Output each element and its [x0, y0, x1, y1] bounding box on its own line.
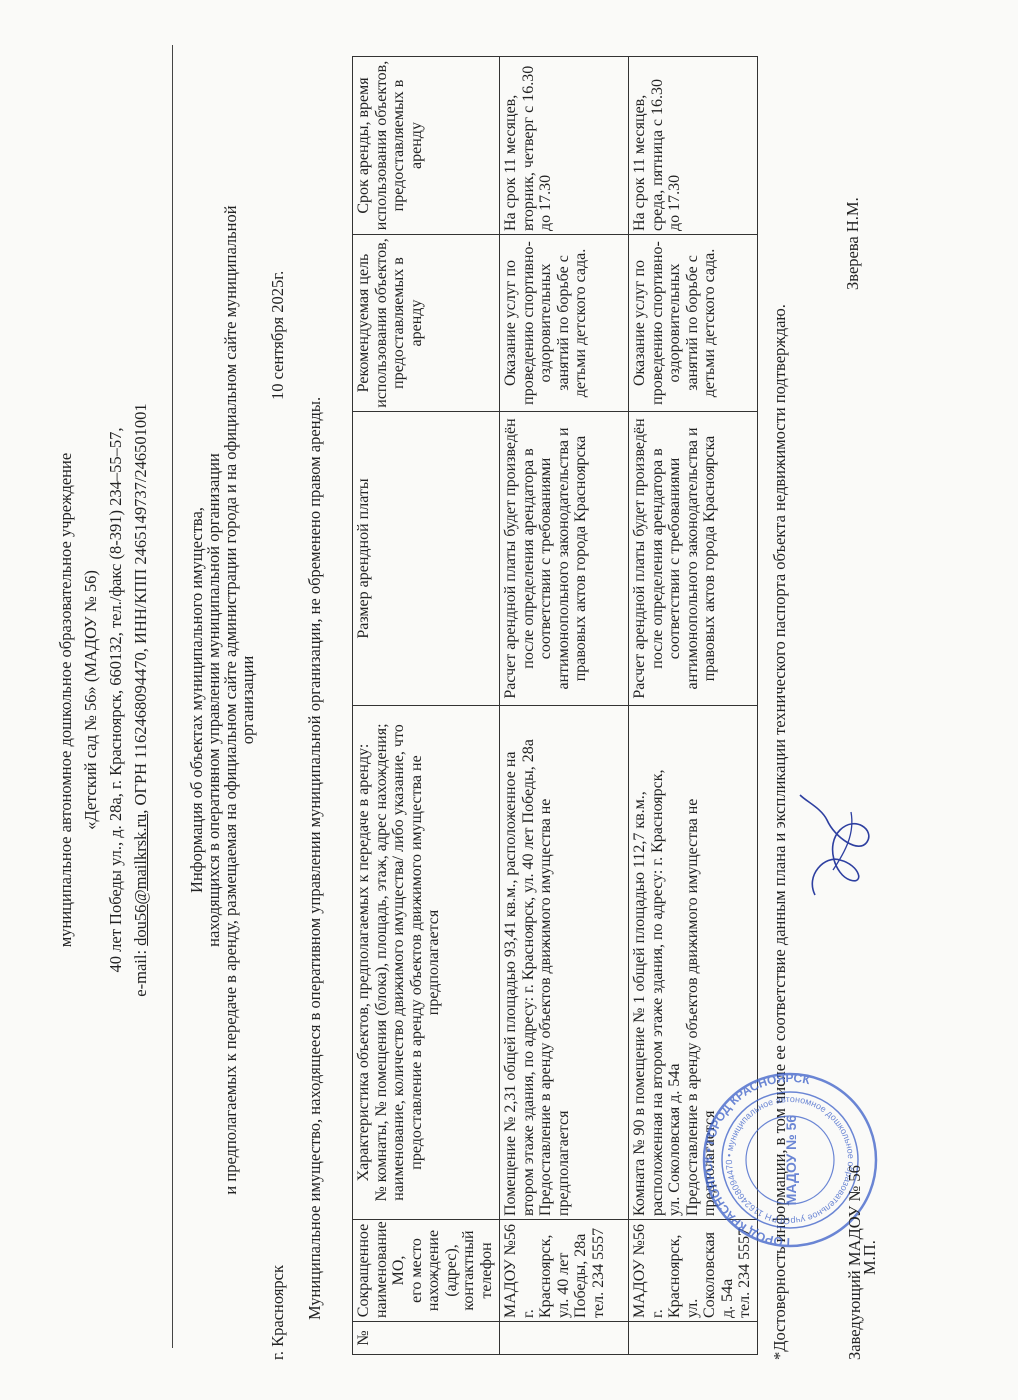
seal-placeholder: М.П. [860, 1240, 880, 1275]
letterhead-org-name: «Детский сад № 56» (МАДОУ № 56) [80, 0, 102, 1400]
letterhead-contacts: e-mail: dou56@mailkrsk.ru, ОГРН 11624680… [130, 0, 152, 1400]
city: г. Красноярск [268, 1265, 288, 1360]
cell-organization: МАДОУ №56 г. Красноярск, ул. 40 лет Побе… [500, 1220, 629, 1322]
title-line-3: и предполагаемых к передаче в аренду, ра… [222, 0, 239, 1400]
table-header-row: № Сокращенное наименование МО, его место… [353, 57, 500, 1355]
cell-purpose: Оказание услуг по проведению спортивно-о… [500, 235, 629, 412]
header-purpose: Рекомендуемая цель использования объекто… [353, 235, 500, 412]
handwritten-signature-icon [795, 790, 880, 900]
cell-characteristics: Помещение № 2,31 общей площадью 93,41 кв… [500, 706, 629, 1220]
document-date: 10 сентября 2025г. [268, 271, 288, 400]
header-characteristics: Характеристика объектов, предполагаемых … [353, 706, 500, 1220]
svg-text:МАДОУ № 56: МАДОУ № 56 [783, 1115, 799, 1206]
cell-number [500, 1322, 629, 1355]
header-rent: Размер арендной платы [353, 412, 500, 706]
header-term: Срок аренды, время использования объекто… [353, 57, 500, 235]
cell-purpose: Оказание услуг по проведению спортивно-о… [629, 235, 758, 412]
document-page: муниципальное автономное дошкольное обра… [0, 0, 1018, 1400]
intro-statement: Муниципальное имущество, находящееся в о… [305, 397, 325, 1320]
cell-term: На срок 11 месяцев, среда, пятница с 16.… [629, 57, 758, 235]
letterhead-address: 40 лет Победы ул., д. 28а, г. Красноярск… [105, 0, 127, 1400]
letterhead-org-type: муниципальное автономное дошкольное обра… [55, 0, 77, 1400]
title-line-4: организации [239, 0, 256, 1400]
header-organization: Сокращенное наименование МО, его место н… [353, 1220, 500, 1322]
title-line-2: находящихся в оперативном управлении мун… [205, 0, 222, 1400]
cell-rent: Расчет арендной платы будет произведён п… [500, 412, 629, 706]
email-link[interactable]: dou56@mailkrsk.ru [131, 814, 150, 946]
cell-number [629, 1322, 758, 1355]
registration-numbers: , ОГРН 1162468094470, ИНН/КПП 2465149737… [131, 403, 150, 813]
header-number: № [353, 1322, 500, 1355]
table-row: МАДОУ №56 г. Красноярск, ул. 40 лет Побе… [500, 57, 629, 1355]
title-line-1: Информация об объектах муниципального им… [188, 0, 205, 1400]
email-label: e-mail: [131, 946, 150, 997]
property-table: № Сокращенное наименование МО, его место… [352, 56, 758, 1355]
cell-rent: Расчет арендной платы будет произведён п… [629, 412, 758, 706]
signatory-name: Зверева Н.М. [843, 197, 863, 290]
cell-term: На срок 11 месяцев, вторник, четверг с 1… [500, 57, 629, 235]
header-divider [172, 45, 173, 1348]
